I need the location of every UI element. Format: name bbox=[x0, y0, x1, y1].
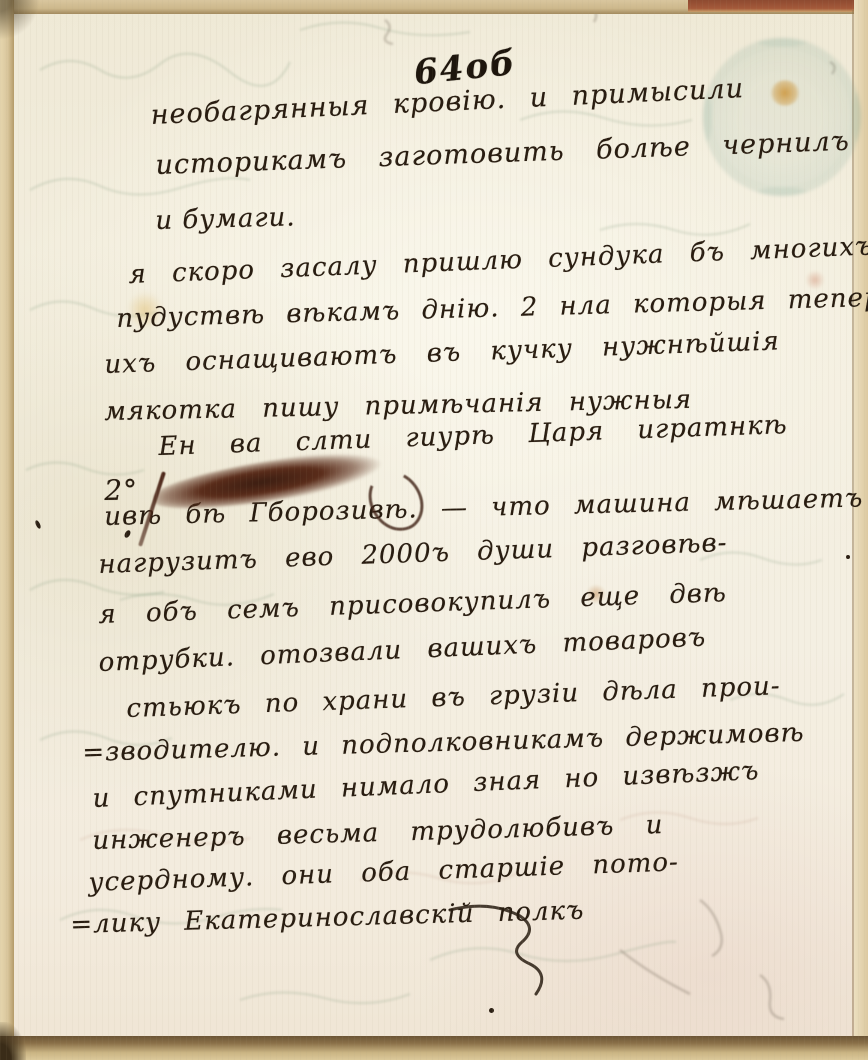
manuscript-line: я объ семъ присовокупилъ еще двѣ bbox=[98, 578, 727, 630]
manuscript-line: отрубки. отозвали вашихъ товаровъ bbox=[98, 623, 707, 678]
manuscript-line: =лику Екатеринославскій полкъ bbox=[70, 896, 585, 940]
ink-speck bbox=[34, 520, 41, 530]
page-bottom-edge bbox=[0, 1036, 868, 1060]
manuscript-scan: 64об необагрянныя кровію. и примысили ис… bbox=[0, 0, 868, 1060]
manuscript-line: и бумаги. bbox=[155, 202, 296, 236]
page-right-margin bbox=[854, 0, 868, 1060]
corner-shadow-bottom-left bbox=[0, 1022, 26, 1060]
manuscript-line: пудуствѣ вѣкамъ днію. 2 нла которыя тепе… bbox=[116, 282, 868, 334]
manuscript-line: я скоро засалу пришлю сундука бъ многихъ bbox=[128, 231, 868, 290]
manuscript-line: стьюкъ по храни въ грузіи дѣла прои- bbox=[126, 671, 781, 724]
binding-edge bbox=[688, 0, 868, 12]
ink-speck bbox=[846, 555, 850, 559]
page-right-edge-line bbox=[852, 10, 854, 1050]
page-left-edge bbox=[0, 0, 14, 1060]
manuscript-line: инженеръ весьма трудолюбивъ и bbox=[92, 810, 664, 856]
corner-shadow-top-left bbox=[0, 0, 40, 40]
manuscript-line: ихъ оснащиваютъ въ кучку нужнѣйшія bbox=[104, 326, 780, 380]
manuscript-line: усердному. они оба старшіе пото- bbox=[88, 847, 679, 898]
ink-speck bbox=[489, 1008, 494, 1013]
embossed-round-stamp bbox=[703, 38, 861, 196]
manuscript-line: нагрузитъ ево 2000ъ души разговѣв- bbox=[98, 528, 728, 580]
